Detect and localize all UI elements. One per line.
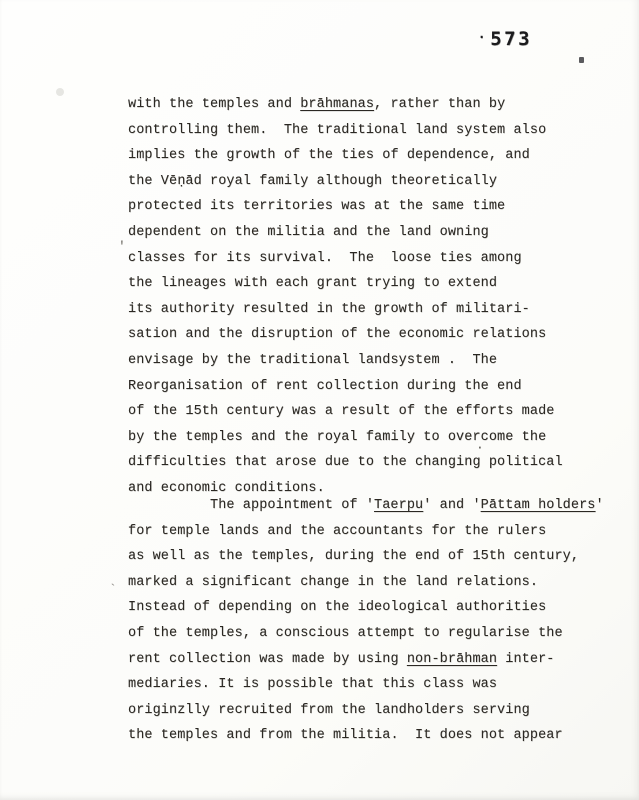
text-line: The appointment of 'Taerpu' and 'Pāttam …	[128, 493, 603, 519]
scan-stray-mark: ·	[476, 441, 484, 454]
text-line: mediaries. It is possible that this clas…	[128, 672, 603, 698]
paragraph-1: with the temples and brāhmanas, rather t…	[128, 92, 603, 502]
text-line: controlling them. The traditional land s…	[128, 118, 603, 144]
text-segment: the lineages with each grant trying to e…	[128, 276, 497, 291]
scan-stray-mark: `	[109, 583, 117, 596]
text-line: of the temples, a conscious attempt to r…	[128, 621, 603, 647]
text-segment: ' and '	[423, 498, 480, 513]
text-line: Instead of depending on the ideological …	[128, 595, 603, 621]
text-segment: sation and the disruption of the economi…	[128, 327, 546, 342]
text-line: difficulties that arose due to the chang…	[128, 450, 603, 476]
text-segment: Instead of depending on the ideological …	[128, 600, 546, 615]
page-number-dot: ·	[478, 30, 485, 44]
text-line: envisage by the traditional landsystem .…	[128, 348, 603, 374]
text-segment: rent collection was made by using	[128, 652, 407, 667]
text-line: dependent on the militia and the land ow…	[128, 220, 603, 246]
text-segment: The appointment of '	[210, 498, 374, 513]
text-line: for temple lands and the accountants for…	[128, 519, 603, 545]
text-segment: , rather than by	[374, 97, 505, 112]
text-segment: controlling them. The traditional land s…	[128, 123, 546, 138]
text-segment: dependent on the militia and the land ow…	[128, 225, 489, 240]
text-line: its authority resulted in the growth of …	[128, 297, 603, 323]
text-line: classes for its survival. The loose ties…	[128, 246, 603, 272]
text-line: protected its territories was at the sam…	[128, 194, 603, 220]
text-segment: the Vēṇād royal family although theoreti…	[128, 174, 497, 189]
text-line: the Vēṇād royal family although theoreti…	[128, 169, 603, 195]
paragraph-2: The appointment of 'Taerpu' and 'Pāttam …	[128, 493, 603, 749]
underlined-term: Pāttam holders	[481, 498, 596, 513]
scan-speck-faint	[485, 20, 490, 24]
underlined-term: non-brāhman	[407, 652, 497, 667]
text-segment: marked a significant change in the land …	[128, 575, 538, 590]
text-segment: difficulties that arose due to the chang…	[128, 455, 563, 470]
text-line: the temples and from the militia. It doe…	[128, 723, 603, 749]
page-number: ·573	[478, 28, 532, 50]
text-segment: its authority resulted in the growth of …	[128, 302, 530, 317]
text-line: the lineages with each grant trying to e…	[128, 271, 603, 297]
scan-speck-dark	[579, 57, 584, 63]
text-segment: Reorganisation of rent collection during…	[128, 379, 522, 394]
text-segment: mediaries. It is possible that this clas…	[128, 677, 497, 692]
text-line: with the temples and brāhmanas, rather t…	[128, 92, 603, 118]
underlined-term: brāhmanas	[300, 97, 374, 112]
text-segment: of the 15th century was a result of the …	[128, 404, 554, 419]
text-segment: as well as the temples, during the end o…	[128, 549, 579, 564]
text-segment: of the temples, a conscious attempt to r…	[128, 626, 563, 641]
text-line: marked a significant change in the land …	[128, 570, 603, 596]
text-segment: the temples and from the militia. It doe…	[128, 728, 563, 743]
text-line: as well as the temples, during the end o…	[128, 544, 603, 570]
text-segment: inter-	[497, 652, 554, 667]
text-segment: envisage by the traditional landsystem .…	[128, 353, 497, 368]
scanned-document-page: ·573 with the temples and brāhmanas, rat…	[0, 0, 639, 800]
page-number-value: 573	[490, 28, 532, 50]
text-line: originzlly recruited from the landholder…	[128, 698, 603, 724]
text-segment: implies the growth of the ties of depend…	[128, 148, 530, 163]
underlined-term: Taerpu	[374, 498, 423, 513]
text-line: Reorganisation of rent collection during…	[128, 374, 603, 400]
text-line: by the temples and the royal family to o…	[128, 425, 603, 451]
text-line: implies the growth of the ties of depend…	[128, 143, 603, 169]
text-segment: classes for its survival. The loose ties…	[128, 251, 522, 266]
scan-speck-faint	[56, 88, 64, 96]
text-line: of the 15th century was a result of the …	[128, 399, 603, 425]
text-line: sation and the disruption of the economi…	[128, 322, 603, 348]
text-line: rent collection was made by using non-br…	[128, 647, 603, 673]
text-segment: originzlly recruited from the landholder…	[128, 703, 530, 718]
text-segment: for temple lands and the accountants for…	[128, 524, 546, 539]
text-segment: '	[596, 498, 604, 513]
scan-stray-mark: '	[118, 240, 126, 253]
text-segment: with the temples and	[128, 97, 300, 112]
text-segment: protected its territories was at the sam…	[128, 199, 505, 214]
